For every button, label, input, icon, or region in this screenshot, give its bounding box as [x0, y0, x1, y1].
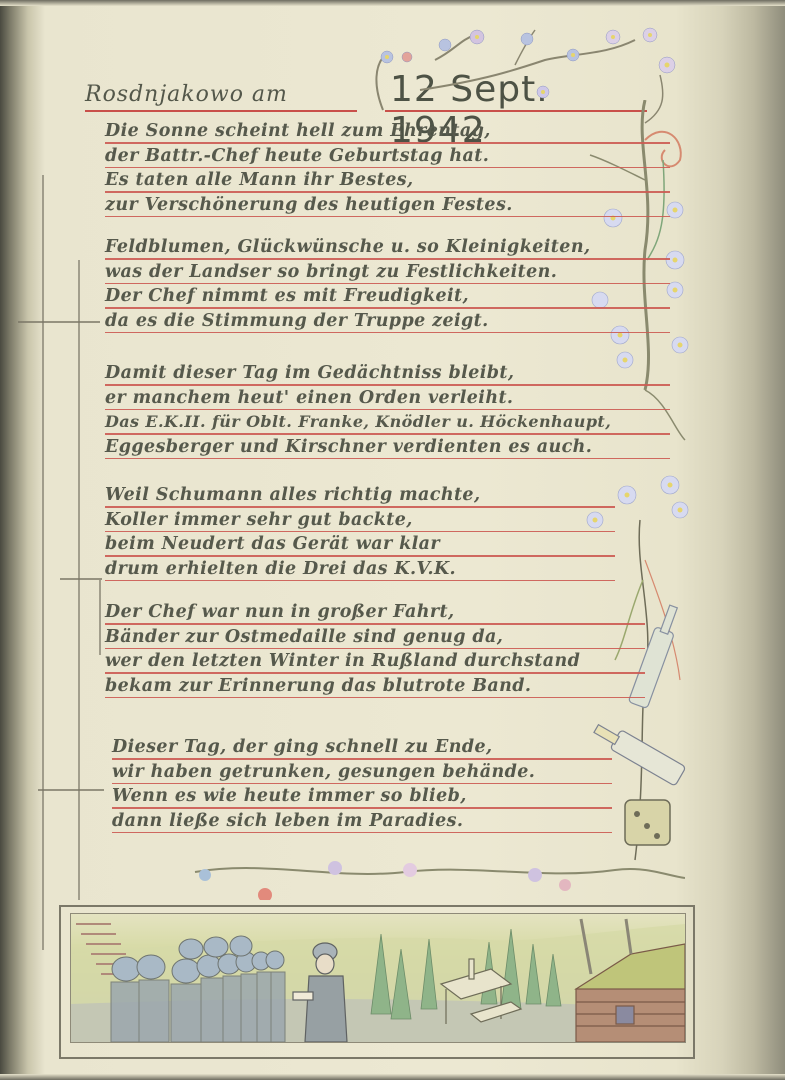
- poem-line: Bänder zur Ostmedaille sind genug da,: [105, 626, 645, 651]
- poem-line: Die Sonne scheint hell zum Ehrentag,: [105, 120, 670, 145]
- poem-line: der Battr.-Chef heute Geburtstag hat.: [105, 145, 670, 170]
- poem-line: da es die Stimmung der Truppe zeigt.: [105, 310, 670, 335]
- poem-line: drum erhielten die Drei das K.V.K.: [105, 558, 615, 583]
- poem-line: wer den letzten Winter in Rußland durchs…: [105, 650, 645, 675]
- poem-line: Der Chef nimmt es mit Freudigkeit,: [105, 285, 670, 310]
- left-pencil-ruling: [42, 175, 44, 950]
- poem-line: Der Chef war nun in großer Fahrt,: [105, 601, 645, 626]
- poem-line: er manchem heut' einen Orden verleiht.: [105, 387, 670, 412]
- illustration-drawing: [71, 914, 685, 1042]
- stanza-1: Die Sonne scheint hell zum Ehrentag, der…: [105, 120, 670, 218]
- pencil-bracket: [99, 580, 101, 655]
- heading-rule: [85, 110, 357, 112]
- poem-line: Feldblumen, Glückwünsche u. so Kleinigke…: [105, 236, 670, 261]
- stanza-6: Dieser Tag, der ging schnell zu Ende, wi…: [112, 736, 612, 834]
- album-page: Rosdnjakowo am 12 Sept. 1942: [0, 0, 785, 1080]
- pencil-crossline: [18, 321, 100, 323]
- poem-line: wir haben getrunken, gesungen behände.: [112, 761, 612, 786]
- bottom-flower-garland-decoration: [185, 850, 685, 900]
- left-pencil-ruling-inner: [78, 260, 80, 900]
- poem-line: Weil Schumann alles richtig machte,: [105, 484, 615, 509]
- pencil-crossline: [38, 789, 104, 791]
- heading-place: Rosdnjakowo am: [85, 82, 288, 107]
- stanza-2: Feldblumen, Glückwünsche u. so Kleinigke…: [105, 236, 670, 334]
- poem-line: Es taten alle Mann ihr Bestes,: [105, 169, 670, 194]
- poem-line: Wenn es wie heute immer so blieb,: [112, 785, 612, 810]
- poem-line: zur Verschönerung des heutigen Festes.: [105, 194, 670, 219]
- poem-line: was der Landser so bringt zu Festlichkei…: [105, 261, 670, 286]
- illustration-soldiers-scene: [70, 913, 686, 1043]
- stanza-5: Der Chef war nun in großer Fahrt, Bänder…: [105, 601, 645, 699]
- poem-line: Das E.K.II. für Oblt. Franke, Knödler u.…: [105, 411, 670, 436]
- poem-line: Dieser Tag, der ging schnell zu Ende,: [112, 736, 612, 761]
- poem-line: Damit dieser Tag im Gedächtniss bleibt,: [105, 362, 670, 387]
- poem-line: bekam zur Erinnerung das blutrote Band.: [105, 675, 645, 700]
- poem-line: dann ließe sich leben im Paradies.: [112, 810, 612, 835]
- stanza-3: Damit dieser Tag im Gedächtniss bleibt, …: [105, 362, 670, 460]
- poem-line: beim Neudert das Gerät war klar: [105, 533, 615, 558]
- pencil-crossline: [60, 578, 102, 580]
- poem-line: Koller immer sehr gut backte,: [105, 509, 615, 534]
- poem-line: Eggesberger und Kirschner verdienten es …: [105, 436, 670, 461]
- stanza-4: Weil Schumann alles richtig machte, Koll…: [105, 484, 615, 582]
